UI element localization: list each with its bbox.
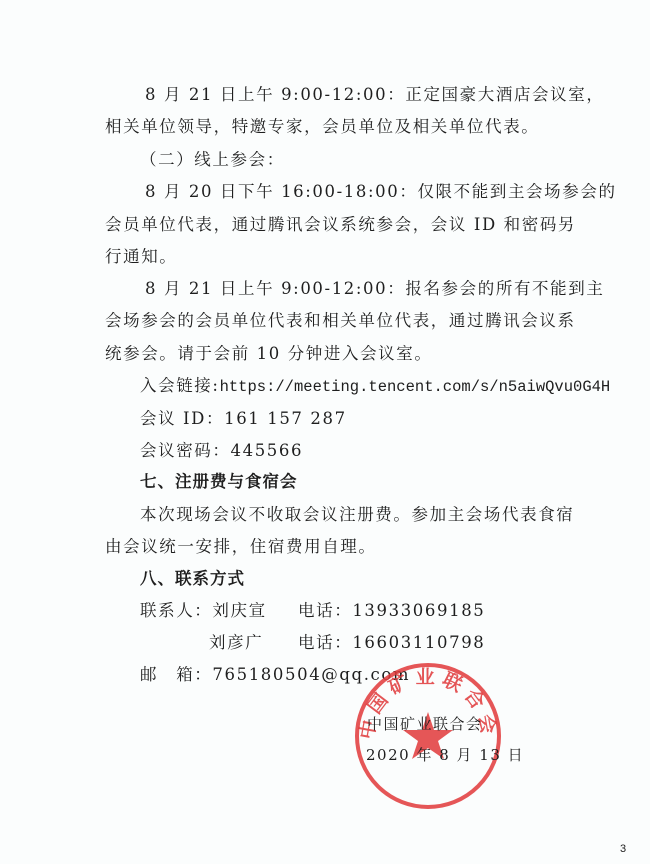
section-heading-fees: 七、注册费与食宿会 (140, 472, 298, 492)
document-page: 8 月 21 日上午 9:00-12:00：正定国豪大酒店会议室， 相关单位领导… (0, 0, 650, 864)
contact-phone-row: 电话：13933069185 (298, 601, 485, 621)
subheading-online: （二）线上参会： (140, 150, 285, 170)
paragraph-line: 本次现场会议不收取会议注册费。参加主会场代表食宿 (140, 505, 574, 525)
meeting-password-label: 会议密码： (140, 441, 231, 460)
phone-number: 13933069185 (352, 601, 485, 620)
paragraph-line: 8 月 20 日下午 16:00-18:00：仅限不能到主会场参会的 (145, 182, 617, 202)
paragraph-line: 会员单位代表，通过腾讯会议系统参会，会议 ID 和密码另 (105, 215, 576, 235)
signature-date: 2020 年 8 月 13 日 (366, 744, 524, 765)
meeting-link-url[interactable]: https://meeting.tencent.com/s/n5aiwQvu0G… (220, 378, 611, 396)
meeting-password-value: 445566 (231, 441, 304, 460)
meeting-id-row: 会议 ID：161 157 287 (140, 409, 347, 429)
page-number: 3 (620, 843, 626, 855)
contact-row: 联系人：刘庆宣 (140, 601, 267, 621)
meeting-link-row: 入会链接:https://meeting.tencent.com/s/n5aiw… (140, 376, 610, 397)
contact-phone-row: 电话：16603110798 (298, 633, 485, 653)
paragraph-line: 行通知。 (105, 247, 177, 267)
signature-org: 中国矿业联合会 (367, 713, 483, 734)
phone-label: 电话： (298, 633, 352, 652)
paragraph-line: 相关单位领导，特邀专家，会员单位及相关单位代表。 (105, 117, 539, 137)
paragraph-line: 统参会。请于会前 10 分钟进入会议室。 (105, 344, 433, 364)
paragraph-line: 由会议统一安排，住宿费用自理。 (105, 537, 377, 557)
phone-number: 16603110798 (352, 633, 485, 652)
meeting-id-label: 会议 ID： (140, 409, 224, 428)
contact-name: 刘彦广 (209, 633, 263, 653)
meeting-link-label: 入会链接: (140, 376, 220, 395)
email-label: 邮 箱： (140, 665, 212, 684)
official-seal-icon: 中国矿业联合会 (352, 660, 504, 812)
section-heading-contact: 八、联系方式 (140, 569, 245, 589)
contact-label: 联系人： (140, 601, 212, 620)
paragraph-line: 8 月 21 日上午 9:00-12:00：正定国豪大酒店会议室， (145, 85, 604, 105)
meeting-id-value: 161 157 287 (224, 409, 347, 428)
meeting-password-row: 会议密码：445566 (140, 441, 303, 461)
paragraph-line: 会场参会的会员单位代表和相关单位代表，通过腾讯会议系 (105, 311, 576, 331)
paragraph-line: 8 月 21 日上午 9:00-12:00：报名参会的所有不能到主 (145, 279, 604, 299)
phone-label: 电话： (298, 601, 352, 620)
contact-name: 刘庆宣 (212, 601, 266, 620)
